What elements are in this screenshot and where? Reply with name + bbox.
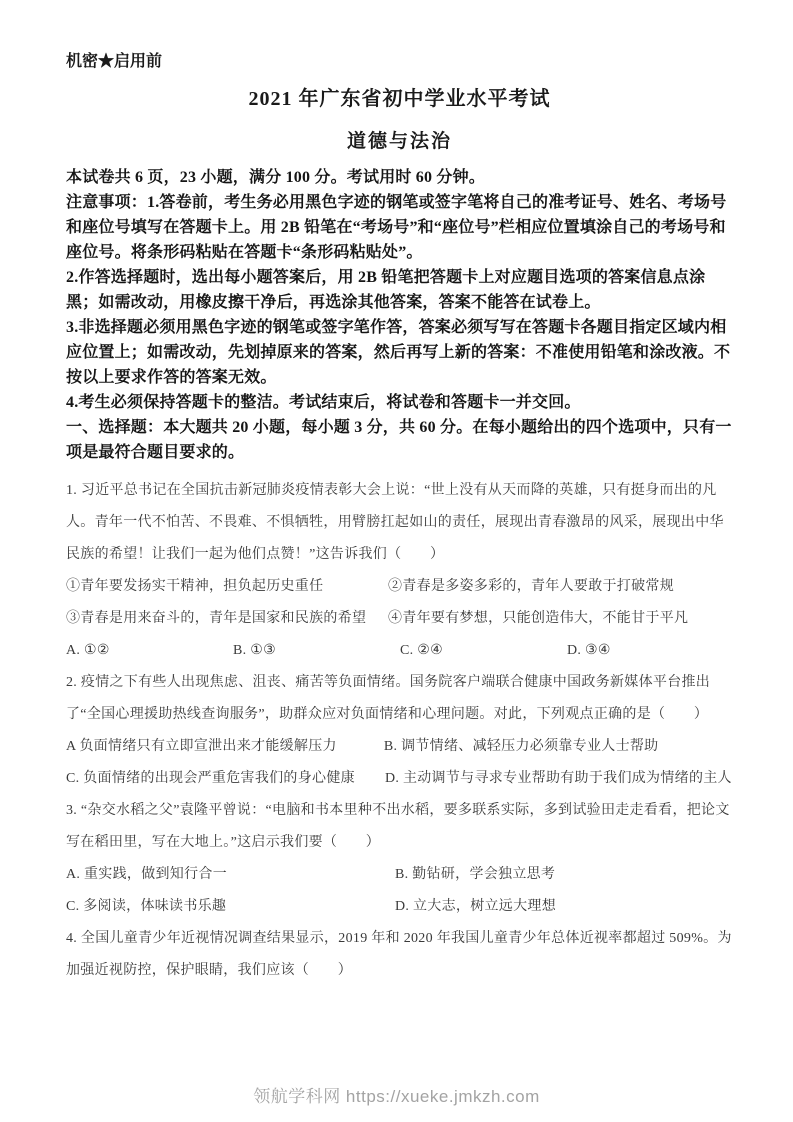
question-1-statements-row-2: ③青春是用来奋斗的，青年是国家和民族的希望 ④青年要有梦想，只能创造伟大，不能甘… bbox=[66, 603, 733, 635]
statement-3: ③青春是用来奋斗的，青年是国家和民族的希望 bbox=[66, 603, 388, 635]
instructions-block: 本试卷共 6 页，23 小题，满分 100 分。考试用时 60 分钟。 注意事项… bbox=[66, 165, 733, 415]
question-3-options-ab: A. 重实践，做到知行合一 B. 勤钻研，学会独立思考 bbox=[66, 859, 733, 891]
question-1: 1. 习近平总书记在全国抗击新冠肺炎疫情表彰大会上说：“世上没有从天而降的英雄，… bbox=[66, 475, 733, 667]
question-2-option-b: B. 调节情绪、减轻压力必须靠专业人士帮助 bbox=[384, 739, 659, 754]
question-1-option-a: A. ①② bbox=[66, 635, 233, 667]
question-4: 4. 全国儿童青少年近视情况调查结果显示，2019 年和 2020 年我国儿童青… bbox=[66, 923, 733, 987]
question-1-options-row: A. ①② B. ①③ C. ②④ D. ③④ bbox=[66, 635, 733, 667]
section-heading: 一、选择题：本大题共 20 小题，每小题 3 分，共 60 分。在每小题给出的四… bbox=[66, 415, 733, 465]
watermark-footer: 领航学科网 https://xueke.jmkzh.com bbox=[0, 1082, 793, 1107]
question-1-option-d: D. ③④ bbox=[567, 635, 733, 667]
question-2: 2. 疫情之下有些人出现焦虑、沮丧、痛苦等负面情绪。国务院客户端联合健康中国政务… bbox=[66, 667, 733, 795]
question-2-option-d: D. 主动调节与寻求专业帮助有助于我们成为情绪的主人 bbox=[385, 771, 732, 786]
question-3-option-b: B. 勤钻研，学会独立思考 bbox=[395, 859, 555, 891]
question-3-option-a: A. 重实践，做到知行合一 bbox=[66, 859, 395, 891]
question-4-stem: 4. 全国儿童青少年近视情况调查结果显示，2019 年和 2020 年我国儿童青… bbox=[66, 923, 733, 987]
statement-2: ②青春是多姿多彩的，青年人要敢于打破常规 bbox=[388, 571, 674, 603]
notice-line-1: 注意事项：1.答卷前，考生务必用黑色字迹的钢笔或签字笔将自己的准考证号、姓名、考… bbox=[66, 190, 733, 265]
question-1-statements-row-1: ①青年要发扬实干精神，担负起历史重任 ②青春是多姿多彩的，青年人要敢于打破常规 bbox=[66, 571, 733, 603]
question-3-option-d: D. 立大志，树立远大理想 bbox=[395, 891, 556, 923]
exam-info: 本试卷共 6 页，23 小题，满分 100 分。考试用时 60 分钟。 bbox=[66, 165, 733, 190]
question-1-stem: 1. 习近平总书记在全国抗击新冠肺炎疫情表彰大会上说：“世上没有从天而降的英雄，… bbox=[66, 475, 733, 571]
notice-line-3: 3.非选择题必须用黑色字迹的钢笔或签字笔作答，答案必须写写在答题卡各题目指定区域… bbox=[66, 315, 733, 390]
question-2-option-a: A 负面情绪只有立即宣泄出来才能缓解压力 bbox=[66, 739, 337, 754]
statement-1: ①青年要发扬实干精神，担负起历史重任 bbox=[66, 571, 388, 603]
question-3-options-cd: C. 多阅读，体味读书乐趣 D. 立大志，树立远大理想 bbox=[66, 891, 733, 923]
security-label: 机密★启用前 bbox=[66, 52, 733, 72]
question-2-options-ab: A 负面情绪只有立即宣泄出来才能缓解压力B. 调节情绪、减轻压力必须靠专业人士帮… bbox=[66, 731, 733, 763]
exam-paper-page: 机密★启用前 2021 年广东省初中学业水平考试 道德与法治 本试卷共 6 页，… bbox=[0, 0, 793, 1122]
question-2-option-c: C. 负面情绪的出现会严重危害我们的身心健康 bbox=[66, 771, 355, 786]
subject-title: 道德与法治 bbox=[66, 129, 733, 155]
question-2-stem: 2. 疫情之下有些人出现焦虑、沮丧、痛苦等负面情绪。国务院客户端联合健康中国政务… bbox=[66, 667, 733, 731]
notice-line-4: 4.考生必须保持答题卡的整洁。考试结束后，将试卷和答题卡一并交回。 bbox=[66, 390, 733, 415]
notice-list: 注意事项：1.答卷前，考生务必用黑色字迹的钢笔或签字笔将自己的准考证号、姓名、考… bbox=[66, 190, 733, 415]
question-3-option-c: C. 多阅读，体味读书乐趣 bbox=[66, 891, 395, 923]
statement-4: ④青年要有梦想，只能创造伟大，不能甘于平凡 bbox=[388, 603, 688, 635]
question-3: 3. “杂交水稻之父”袁隆平曾说：“电脑和书本里种不出水稻，要多联系实际，多到试… bbox=[66, 795, 733, 923]
question-1-option-c: C. ②④ bbox=[400, 635, 567, 667]
question-3-stem: 3. “杂交水稻之父”袁隆平曾说：“电脑和书本里种不出水稻，要多联系实际，多到试… bbox=[66, 795, 733, 859]
question-2-options-cd: C. 负面情绪的出现会严重危害我们的身心健康D. 主动调节与寻求专业帮助有助于我… bbox=[66, 763, 733, 795]
question-1-option-b: B. ①③ bbox=[233, 635, 400, 667]
watermark-text: 领航学科网 https://xueke.jmkzh.com bbox=[253, 1087, 540, 1106]
exam-title: 2021 年广东省初中学业水平考试 bbox=[66, 86, 733, 112]
notice-line-2: 2.作答选择题时，选出每小题答案后，用 2B 铅笔把答题卡上对应题目选项的答案信… bbox=[66, 265, 733, 315]
